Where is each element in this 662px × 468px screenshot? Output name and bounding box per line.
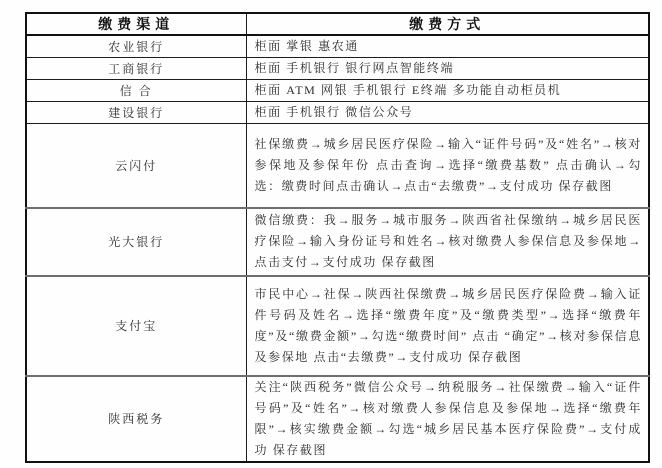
table-row: 云闪付社保缴费→城乡居民医疗保险→输入“证件号码”及“姓名”→核对参保地及参保年… [26, 124, 649, 208]
table-row: 陕西税务关注“陕西税务”微信公众号→纳税服务→社保缴费→输入“证件号码”及“姓名… [26, 376, 649, 462]
channel-cell: 信 合 [26, 80, 246, 102]
document-page: 缴费渠道 缴费方式 农业银行柜面 掌银 惠农通工商银行柜面 手机银行 银行网点智… [0, 0, 662, 468]
table-row: 光大银行微信缴费：我→服务→城市服务→陕西省社保缴纳→城乡居民医疗保险→输入身份… [26, 208, 649, 276]
column-header-channel: 缴费渠道 [26, 13, 246, 35]
payment-channels-table: 缴费渠道 缴费方式 农业银行柜面 掌银 惠农通工商银行柜面 手机银行 银行网点智… [25, 12, 650, 463]
table-row: 建设银行柜面 手机银行 微信公众号 [26, 102, 649, 124]
channel-cell: 建设银行 [26, 102, 246, 124]
method-cell: 柜面 掌银 惠农通 [246, 35, 649, 58]
method-cell: 微信缴费：我→服务→城市服务→陕西省社保缴纳→城乡居民医疗保险→输入身份证号和姓… [246, 208, 649, 276]
channel-cell: 工商银行 [26, 58, 246, 80]
method-cell: 市民中心→社保→陕西社保缴费→城乡居民医疗保险费→输入证件号码及姓名→选择“缴费… [246, 276, 649, 376]
channel-cell: 农业银行 [26, 35, 246, 58]
channel-cell: 支付宝 [26, 276, 246, 376]
table-row: 工商银行柜面 手机银行 银行网点智能终端 [26, 58, 649, 80]
method-cell: 柜面 手机银行 银行网点智能终端 [246, 58, 649, 80]
channel-cell: 陕西税务 [26, 376, 246, 462]
method-cell: 柜面 手机银行 微信公众号 [246, 102, 649, 124]
table-row: 信 合柜面 ATM 网银 手机银行 E终端 多功能自动柜员机 [26, 80, 649, 102]
column-header-method: 缴费方式 [246, 13, 649, 35]
table-row: 农业银行柜面 掌银 惠农通 [26, 35, 649, 58]
channel-cell: 光大银行 [26, 208, 246, 276]
method-cell: 社保缴费→城乡居民医疗保险→输入“证件号码”及“姓名”→核对参保地及参保年份 点… [246, 124, 649, 208]
method-cell: 柜面 ATM 网银 手机银行 E终端 多功能自动柜员机 [246, 80, 649, 102]
method-cell: 关注“陕西税务”微信公众号→纳税服务→社保缴费→输入“证件号码”及“姓名”→核对… [246, 376, 649, 462]
table-header-row: 缴费渠道 缴费方式 [26, 13, 649, 35]
table-row: 支付宝市民中心→社保→陕西社保缴费→城乡居民医疗保险费→输入证件号码及姓名→选择… [26, 276, 649, 376]
channel-cell: 云闪付 [26, 124, 246, 208]
